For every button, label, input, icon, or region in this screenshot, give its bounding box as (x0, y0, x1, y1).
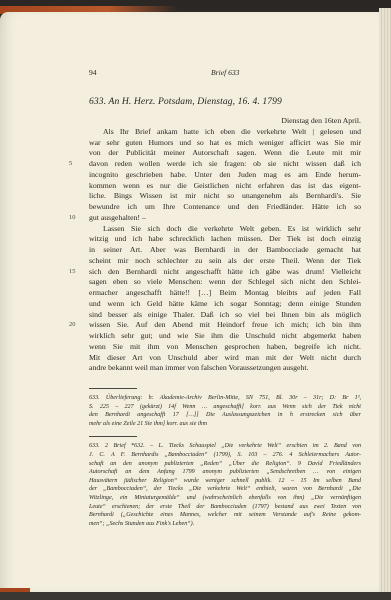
apparatus-line: den Bernhardi angeschafft 17 […]] Die Au… (89, 411, 361, 420)
line-number: 5 (69, 159, 72, 170)
book-page: 94 Brief 633 633. An H. Herz. Potsdam, D… (0, 12, 379, 592)
body-line: sich den Bernhardi nicht angeschafft hät… (89, 267, 361, 278)
body-line-text: war sehr guten Humors und so hat es mich… (89, 138, 361, 147)
apparatus-line: men“; „Sechs Stunden aus Fink's Leben“). (89, 520, 361, 529)
body-line: gut ausgehalten! –10 (89, 213, 361, 224)
letter-heading: 633. An H. Herz. Potsdam, Dienstag, 16. … (89, 96, 361, 107)
body-line-text: sagen eben so viele Menschen: wenn der S… (89, 277, 361, 286)
page-stack-edge (379, 8, 391, 592)
running-title: Brief 633 (211, 68, 239, 77)
body-line: Lassen Sie sich doch die verkehrte Welt … (89, 224, 361, 235)
body-line: wirklich sehr gut; und wie Sie ihm die U… (89, 331, 361, 342)
body-line-text: Als Ihr Brief ankam hatte ich eben die v… (103, 127, 361, 136)
body-line: kommen wenn es nur die Geistlichen nicht… (89, 181, 361, 192)
body-line: davon reden wollen werde ich sie fragen:… (89, 159, 361, 170)
apparatus-line: Hausvätern jüdischer Religion“ wurde wen… (89, 477, 361, 486)
commentary-apparatus: 633. 2 Brief *632. – L. Tiecks Schauspie… (89, 442, 361, 528)
body-line: wissen Sie. Auf den Abend mit Heindorf f… (89, 320, 361, 331)
body-line: war sehr guten Humors und so hat es mich… (89, 138, 361, 149)
body-line-text: und wenn ich Geld hätte käme ich sogar S… (89, 299, 361, 308)
body-line-text: ermacher angeschafft hätte!! […] Beim Mo… (89, 288, 361, 297)
body-line: ermacher angeschafft hätte!! […] Beim Mo… (89, 288, 361, 299)
body-line-text: sich den Bernhardi nicht angeschafft hät… (89, 267, 361, 276)
textual-apparatus: 633. Überlieferung: h: Akademie-Archiv B… (89, 394, 361, 428)
body-line: Als Ihr Brief ankam hatte ich eben die v… (89, 127, 361, 138)
line-number: 20 (69, 320, 75, 331)
body-line-text: wissen Sie. Auf den Abend mit Heindorf f… (89, 320, 361, 329)
body-line-text: sind besser als einige Thaler. Daß ich s… (89, 310, 361, 319)
body-line-text: gut ausgehalten! – (89, 213, 146, 222)
body-line-text: wirklich sehr gut; und wie Sie ihm die U… (89, 331, 361, 340)
body-line-text: witzig und ich habe schrecklich lachen m… (89, 234, 361, 243)
footnote-rule-2 (89, 436, 137, 437)
body-line-text: Lassen Sie sich doch die verkehrte Welt … (103, 224, 361, 233)
page-content: 94 Brief 633 633. An H. Herz. Potsdam, D… (89, 68, 361, 528)
apparatus-line: Autorschaft an dem Anfang 1799 anonym pu… (89, 468, 361, 477)
apparatus-line: der „Bambocciaden“, der Tiecks „Die verk… (89, 485, 361, 494)
body-line: von der Publicität meiner Autorschaft sa… (89, 148, 361, 159)
body-line: in seiner Art. Aber was Bernhardi in der… (89, 245, 361, 256)
body-line-text: von der Publicität meiner Autorschaft sa… (89, 148, 361, 157)
line-number: 15 (69, 267, 75, 278)
bottom-background-band (0, 592, 391, 600)
body-line-text: scheint mir noch schlechter zu sein als … (89, 256, 361, 265)
body-line: liche. Bings Wissen ist mir nicht so una… (89, 191, 361, 202)
page-number: 94 (89, 68, 97, 77)
body-line-text: bewundre ich um Ihre Contenance und den … (89, 202, 361, 211)
apparatus-line: Witzlinge, ein Miniaturgemälde“ und (wah… (89, 494, 361, 503)
running-head: 94 Brief 633 (89, 68, 361, 82)
body-line: sagen eben so viele Menschen: wenn der S… (89, 277, 361, 288)
body-line: Mit dieser Art von Unschuld aber wird ma… (89, 353, 361, 364)
body-line: scheint mir noch schlechter zu sein als … (89, 256, 361, 267)
letter-body: Dienstag den 16ten April. Als Ihr Brief … (89, 116, 361, 374)
body-line: andre bekannt weil man immer von falsche… (89, 363, 361, 374)
body-line-text: wenn Sie mit ihm von Menschen gesprochen… (89, 342, 361, 351)
body-line-text: in seiner Art. Aber was Bernhardi in der… (89, 245, 361, 254)
apparatus-line: 633. 2 Brief *632. – L. Tiecks Schauspie… (89, 442, 361, 451)
body-line: und wenn ich Geld hätte käme ich sogar S… (89, 299, 361, 310)
body-line: sind besser als einige Thaler. Daß ich s… (89, 310, 361, 321)
footnote-rule (89, 388, 137, 389)
body-line-text: liche. Bings Wissen ist mir nicht so una… (89, 191, 361, 200)
body-line: witzig und ich habe schrecklich lachen m… (89, 234, 361, 245)
body-line-text: andre bekannt weil man immer von falsche… (89, 363, 308, 372)
apparatus-line: mehr als eine Zeile 21 Sie ihm] korr. au… (89, 420, 361, 429)
apparatus-line: Bernhardi („Geschichte eines Mannes, wel… (89, 511, 361, 520)
body-line-text: Mit dieser Art von Unschuld aber wird ma… (89, 353, 361, 362)
body-lines: Als Ihr Brief ankam hatte ich eben die v… (89, 127, 361, 374)
body-line: bewundre ich um Ihre Contenance und den … (89, 202, 361, 213)
apparatus-line: schaft an den anonym publizierten „Reden… (89, 460, 361, 469)
apparatus-line: Leute“ erschienen; der erste Theil der B… (89, 503, 361, 512)
body-line-text: incognito geschrieben habe. Unter den Ju… (89, 170, 361, 179)
body-line: incognito geschrieben habe. Unter den Ju… (89, 170, 361, 181)
apparatus-line: J. C. A F. Bernhardis „Bambocciaden“ (17… (89, 451, 361, 460)
dateline: Dienstag den 16ten April. (89, 116, 361, 127)
apparatus-line: 633. Überlieferung: h: Akademie-Archiv B… (89, 394, 361, 403)
apparatus-line: S. 225 – 227 (gekürzt) 14f Wenn … angesc… (89, 403, 361, 412)
body-line: wenn Sie mit ihm von Menschen gesprochen… (89, 342, 361, 353)
body-line-text: kommen wenn es nur die Geistlichen nicht… (89, 181, 361, 190)
line-number: 10 (69, 213, 75, 224)
body-line-text: davon reden wollen werde ich sie fragen:… (89, 159, 361, 168)
